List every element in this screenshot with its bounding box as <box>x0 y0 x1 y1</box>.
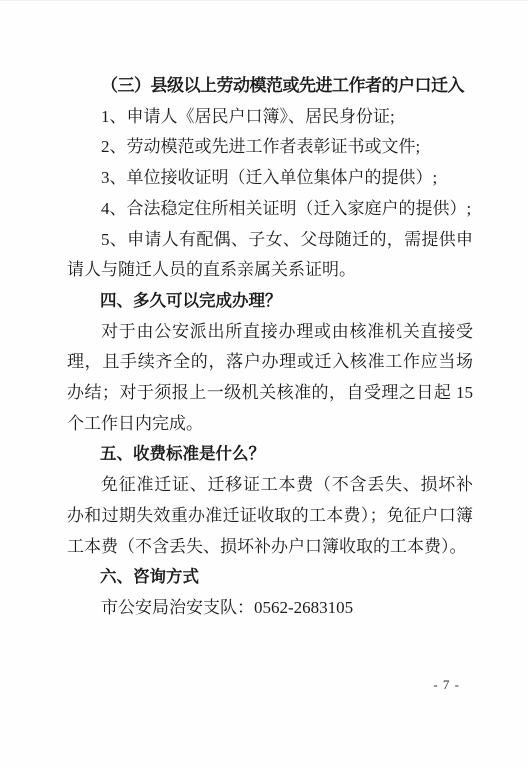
section-heading-processing-time: 四、多久可以完成办理？ <box>67 286 473 317</box>
requirement-item-3: 3、单位接收证明（迁入单位集体户的提供）; <box>67 163 473 194</box>
requirement-item-4: 4、合法稳定住所相关证明（迁入家庭户的提供）; <box>67 194 473 225</box>
paragraph-fees: 免征准迁证、迁移证工本费（不含丢失、损坏补办和过期失效重办准迁证收取的工本费）；… <box>67 470 473 562</box>
section-heading-contact: 六、咨询方式 <box>67 562 473 593</box>
paragraph-processing-time: 对于由公安派出所直接办理或由核准机关直接受理，且手续齐全的，落户办理或迁入核准工… <box>67 317 473 440</box>
page-number: - 7 - <box>433 677 460 693</box>
document-page: （三）县级以上劳动模范或先进工作者的户口迁入 1、申请人《居民户口簿》、居民身份… <box>0 0 528 767</box>
section-heading-fees: 五、收费标准是什么？ <box>67 439 473 470</box>
subsection-heading-labor-model-relocation: （三）县级以上劳动模范或先进工作者的户口迁入 <box>67 71 473 102</box>
requirement-item-1: 1、申请人《居民户口簿》、居民身份证; <box>67 102 473 133</box>
document-body: （三）县级以上劳动模范或先进工作者的户口迁入 1、申请人《居民户口簿》、居民身份… <box>67 71 473 624</box>
paragraph-contact-phone: 市公安局治安支队：0562-2683105 <box>67 593 473 624</box>
requirement-item-5: 5、申请人有配偶、子女、父母随迁的，需提供申请人与随迁人员的直系亲属关系证明。 <box>67 225 473 286</box>
requirement-item-2: 2、劳动模范或先进工作者表彰证书或文件; <box>67 132 473 163</box>
